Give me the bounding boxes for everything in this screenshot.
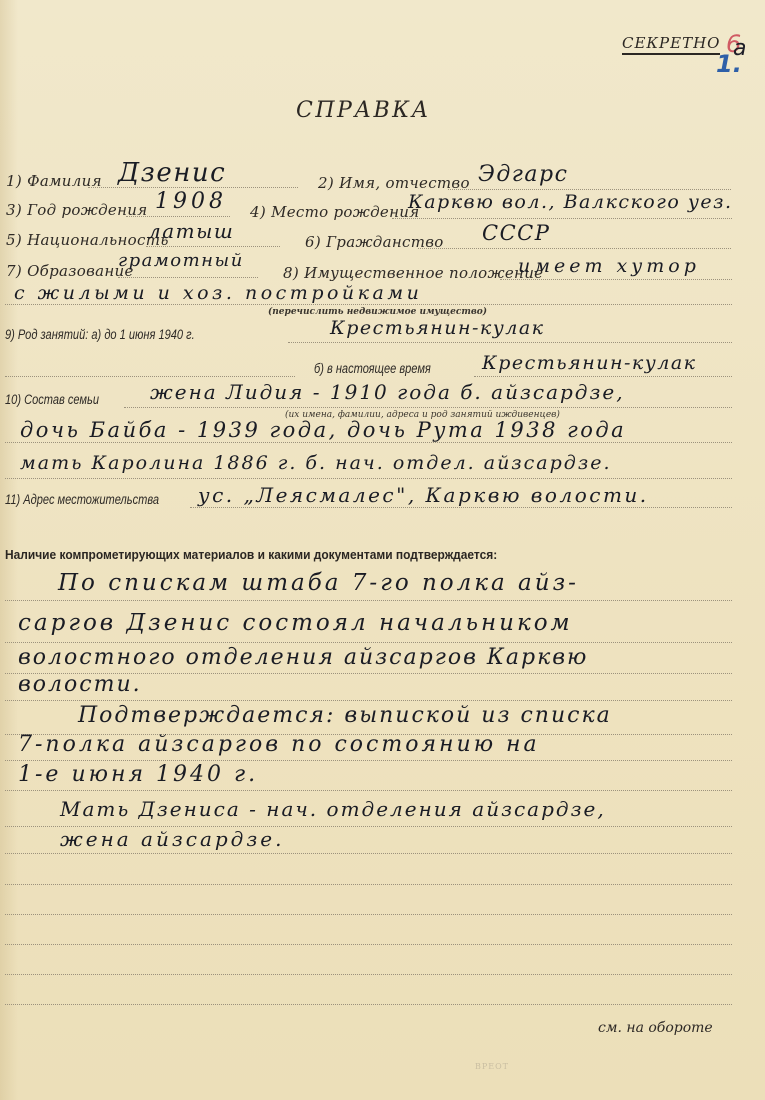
body-text-line-4: волости. [18,672,142,697]
body-text-line-6: 7-полка айзсаргов по состоянию на [18,732,540,757]
surname-value: Дзенис [118,158,226,188]
printer-mark: ВРЕОТ [475,1062,509,1071]
body-line-9 [5,853,732,854]
education-label: 7) Образование [6,262,134,280]
birth-year-value: 1908 [155,189,227,214]
property-note: (перечислить недвижимое имущество) [268,307,487,317]
family-line-2 [5,442,732,443]
family-value-line2: дочь Байба - 1939 года, дочь Рута 1938 г… [20,418,626,442]
family-label: 10) Состав семьи [5,392,99,407]
family-value-line1: жена Лидия - 1910 года б. айзсардзе, [150,380,625,404]
name-value: Эдгарс [478,162,568,187]
empty-line-5 [5,1004,732,1005]
property-value-line2: с жилыми и хоз. постройками [14,282,422,304]
occupation-value-a: Крестьянин-кулак [330,317,545,339]
nationality-value: латыш [148,219,234,243]
education-line [118,277,258,278]
birth-year-line [126,216,230,217]
citizenship-line [418,248,731,249]
property-line-2 [5,304,732,305]
occupation-label-a: 9) Род занятий: а) до 1 июня 1940 г. [5,327,195,342]
occupation-line-b [474,376,732,377]
property-value-line1: имеет хутор [518,255,700,277]
birthplace-value: Карквю вол., Валкского уез. [408,191,733,213]
family-line-1 [124,407,732,408]
citizenship-value: СССР [482,221,550,245]
family-value-line3: мать Каролина 1886 г. б. нач. отдел. айз… [20,452,612,474]
body-line-7 [5,790,732,791]
body-text-line-3: волостного отделения айзсаргов Карквю [18,645,588,670]
body-text-line-1: По спискам штаба 7-го полка айз- [58,570,579,596]
empty-line-4 [5,974,732,975]
body-text-line-8: Мать Дзениса - нач. отделения айзсардзе, [60,797,606,821]
nationality-label: 5) Национальность [6,231,169,249]
empty-line-3 [5,944,732,945]
compromising-heading: Наличие компрометирующих материалов и ка… [5,547,497,562]
address-label: 11) Адрес местожительства [5,492,159,507]
body-text-line-2: саргов Дзенис состоял начальником [18,610,573,636]
body-line-2 [5,642,732,643]
education-value: грамотный [118,250,244,271]
body-line-4 [5,700,732,701]
occupation-line-a [288,342,732,343]
body-text-line-5: Подтверждается: выпиской из списка [78,703,612,728]
occupation-line-b-lead [5,376,295,377]
property-line [500,279,732,280]
address-value: ус. „Леясмалес", Карквю волости. [198,483,649,507]
birthplace-line [392,218,732,219]
address-line [190,507,732,508]
turn-over-note: см. на обороте [598,1020,713,1036]
sheet-number-blue: 1. [716,50,742,78]
body-line-6 [5,760,732,761]
body-line-1 [5,600,732,601]
document-page: СЕКРЕТНО 6 a 1. СПРАВКА 1) Фамилия Дзени… [0,0,765,1100]
empty-line-2 [5,914,732,915]
occupation-value-b: Крестьянин-кулак [482,352,697,374]
body-text-line-7: 1-е июня 1940 г. [18,762,258,787]
nationality-line [146,246,280,247]
body-text-line-9: жена айзсардзе. [60,827,284,851]
document-title: СПРАВКА [296,98,431,123]
name-line [448,189,731,190]
family-line-3 [5,478,732,479]
classification-stamp: СЕКРЕТНО [622,34,720,55]
empty-line-1 [5,884,732,885]
occupation-label-b: б) в настоящее время [314,361,431,376]
